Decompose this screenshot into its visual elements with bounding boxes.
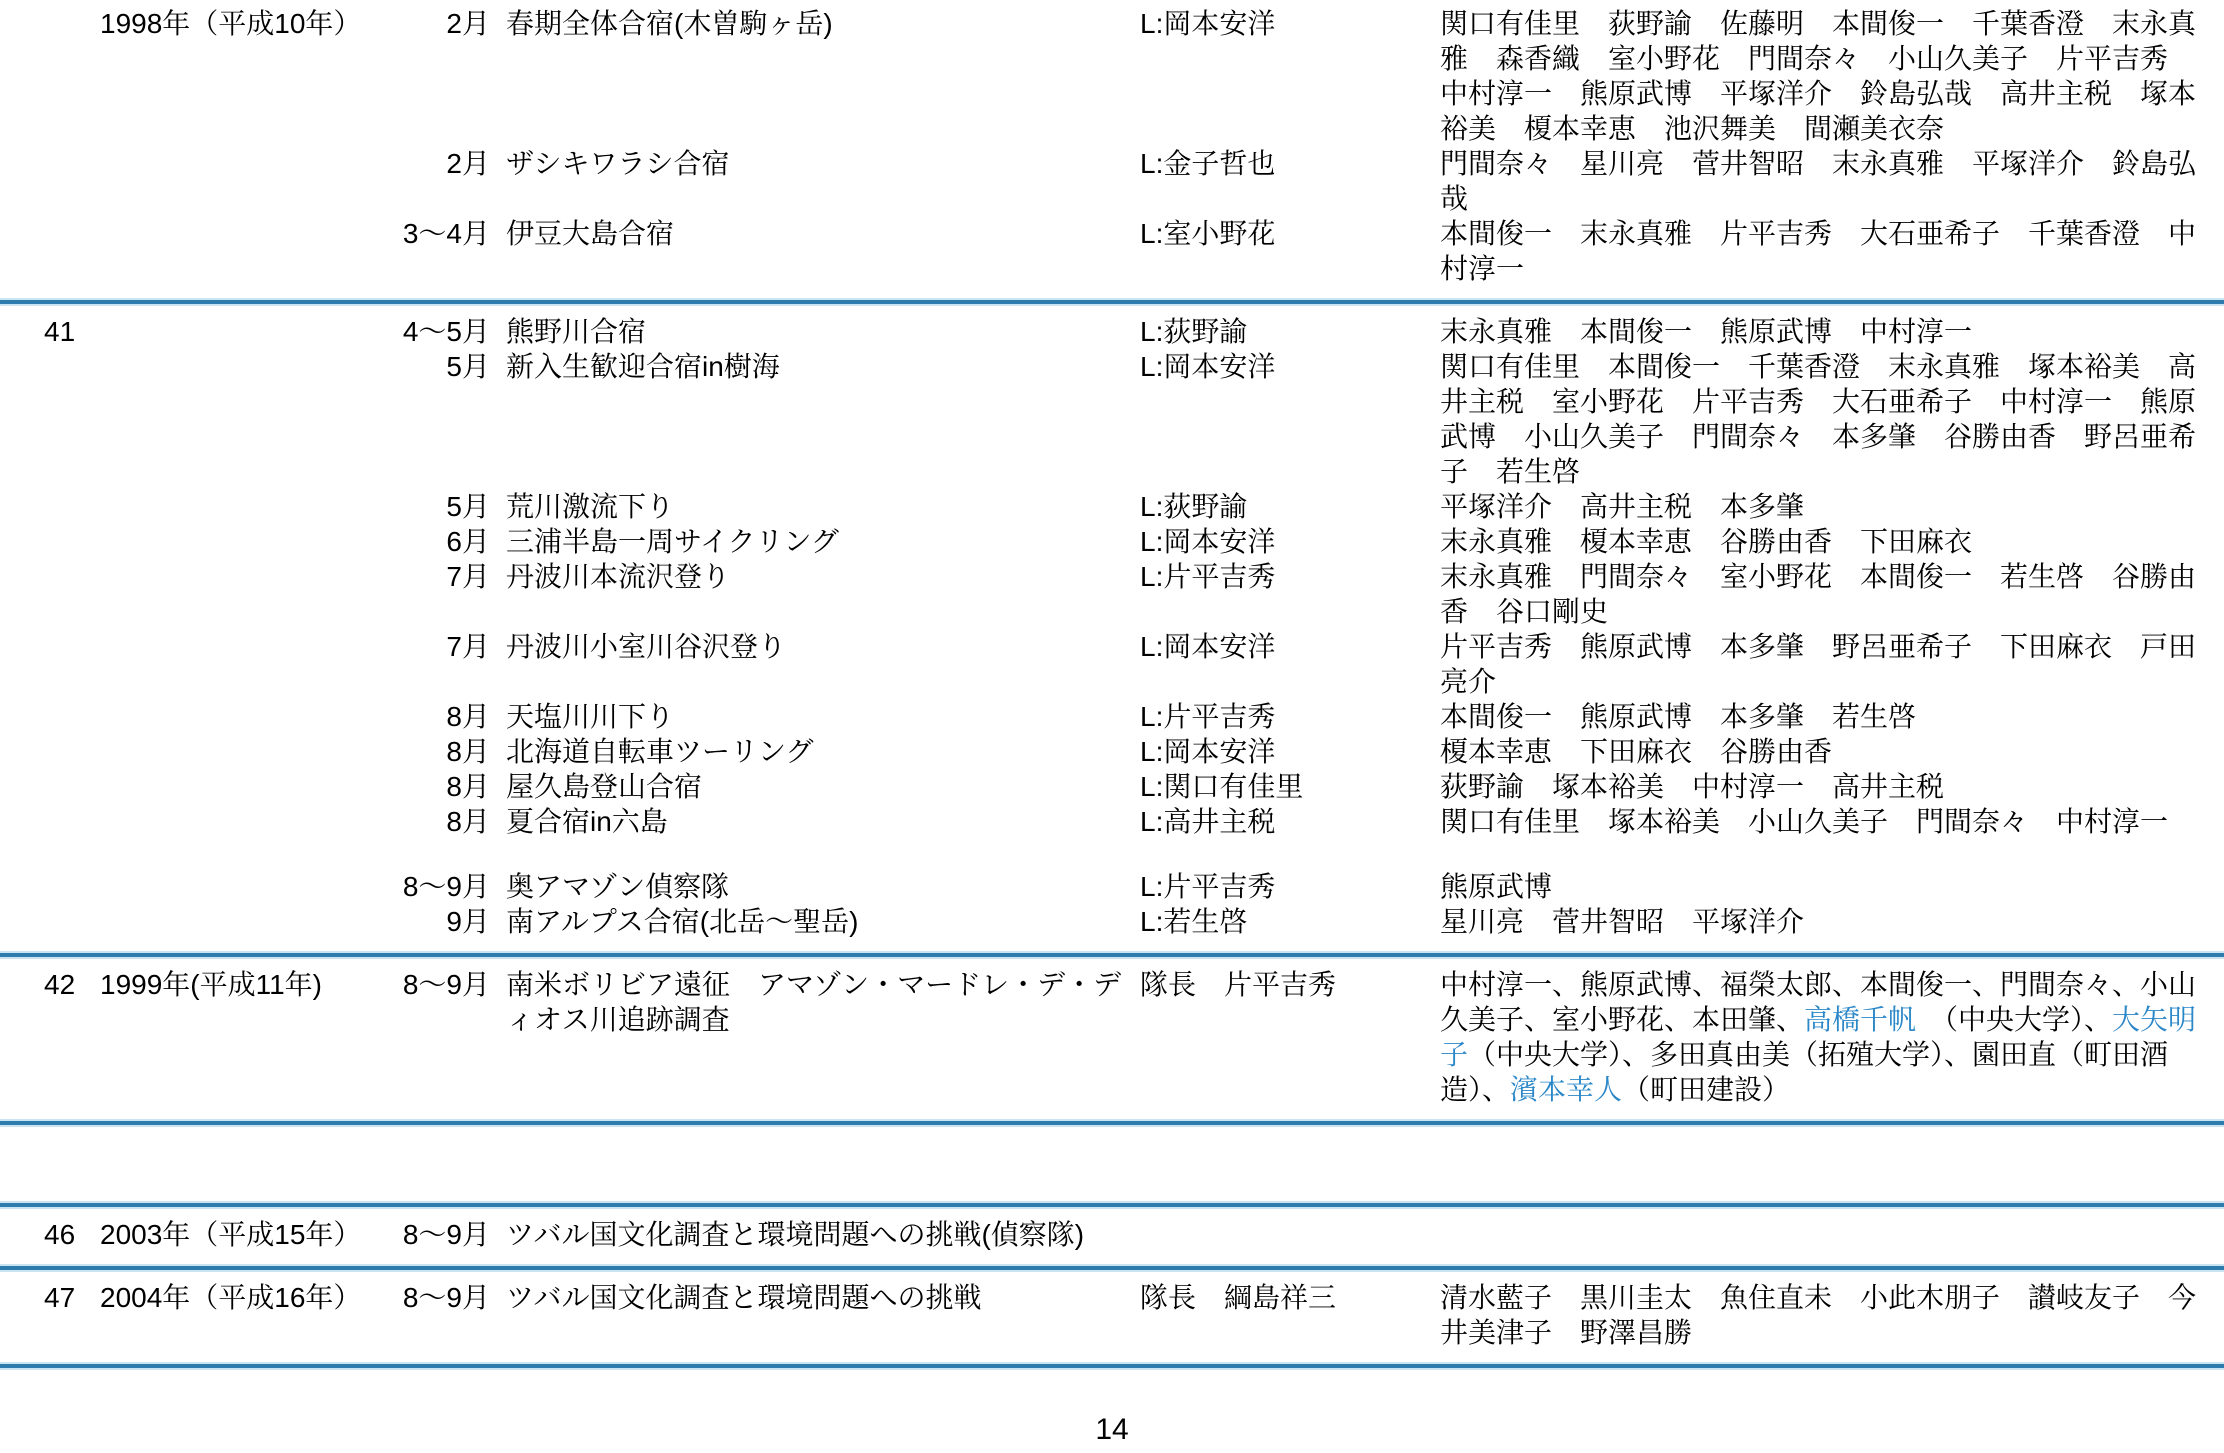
participants: 片平吉秀 熊原武博 本多肇 野呂亜希子 下田麻衣 戸田亮介 <box>1440 629 2224 699</box>
table-row: 9月南アルプス合宿(北岳～聖岳)L:若生啓星川亮 菅井智昭 平塚洋介 <box>0 904 2224 939</box>
document-table: 1998年（平成10年）2月春期全体合宿(木曽駒ヶ岳)L:岡本安洋関口有佳里 荻… <box>0 0 2224 1370</box>
month-label: 2月 <box>360 146 490 181</box>
participants: 榎本幸恵 下田麻衣 谷勝由香 <box>1440 734 2224 769</box>
month-label: 4～5月 <box>360 314 490 349</box>
row-number: 41 <box>0 314 100 349</box>
activity-label: 熊野川合宿 <box>490 314 1140 349</box>
month-label: 8月 <box>360 734 490 769</box>
table-row: 8月夏合宿in六島L:高井主税関口有佳里 塚本裕美 小山久美子 門間奈々 中村淳… <box>0 804 2224 839</box>
month-label: 8月 <box>360 769 490 804</box>
row-number: 46 <box>0 1217 100 1252</box>
participants: 関口有佳里 荻野諭 佐藤明 本間俊一 千葉香澄 末永真雅 森香織 室小野花 門間… <box>1440 6 2224 146</box>
participants: 末永真雅 門間奈々 室小野花 本間俊一 若生啓 谷勝由香 谷口剛史 <box>1440 559 2224 629</box>
participants: 本間俊一 熊原武博 本多肇 若生啓 <box>1440 699 2224 734</box>
participant-link[interactable]: 高橋千帆 <box>1804 1004 1916 1035</box>
divider-rule <box>0 1362 2224 1370</box>
table-row: 8～9月奥アマゾン偵察隊L:片平吉秀熊原武博 <box>0 869 2224 904</box>
leader-label: L:荻野諭 <box>1140 489 1440 524</box>
leader-label: 隊長 片平吉秀 <box>1140 967 1440 1002</box>
leader-label: L:片平吉秀 <box>1140 559 1440 594</box>
leader-label: 隊長 綱島祥三 <box>1140 1280 1440 1315</box>
participants: 熊原武博 <box>1440 869 2224 904</box>
activity-label: 春期全体合宿(木曽駒ヶ岳) <box>490 6 1140 41</box>
participants: 星川亮 菅井智昭 平塚洋介 <box>1440 904 2224 939</box>
month-label: 7月 <box>360 629 490 664</box>
empty-band <box>0 1127 2224 1201</box>
month-label: 8月 <box>360 804 490 839</box>
participants: 門間奈々 星川亮 菅井智昭 末永真雅 平塚洋介 鈴島弘哉 <box>1440 146 2224 216</box>
month-label: 8月 <box>360 699 490 734</box>
activity-label: 丹波川小室川谷沢登り <box>490 629 1140 664</box>
activity-label: 三浦半島一周サイクリング <box>490 524 1140 559</box>
table-row: 2月ザシキワラシ合宿L:金子哲也門間奈々 星川亮 菅井智昭 末永真雅 平塚洋介 … <box>0 146 2224 216</box>
leader-label: L:岡本安洋 <box>1140 734 1440 769</box>
month-label: 5月 <box>360 489 490 524</box>
activity-label: 荒川激流下り <box>490 489 1140 524</box>
divider-rule <box>0 1264 2224 1272</box>
table-row: 3～4月伊豆大島合宿L:室小野花本間俊一 末永真雅 片平吉秀 大石亜希子 千葉香… <box>0 216 2224 286</box>
year-label: 2003年（平成15年） <box>100 1217 360 1252</box>
activity-label: 伊豆大島合宿 <box>490 216 1140 251</box>
activity-label: 北海道自転車ツーリング <box>490 734 1140 769</box>
month-label: 8～9月 <box>360 869 490 904</box>
year-label: 2004年（平成16年） <box>100 1280 360 1315</box>
table-row: 7月丹波川小室川谷沢登りL:岡本安洋片平吉秀 熊原武博 本多肇 野呂亜希子 下田… <box>0 629 2224 699</box>
participant-text: （町田建設） <box>1622 1074 1790 1105</box>
participant-text: （中央大学）、 <box>1916 1004 2112 1035</box>
table-row: 1998年（平成10年）2月春期全体合宿(木曽駒ヶ岳)L:岡本安洋関口有佳里 荻… <box>0 6 2224 146</box>
year-section: 414～5月熊野川合宿L:荻野諭末永真雅 本間俊一 熊原武博 中村淳一5月新入生… <box>0 306 2224 951</box>
month-label: 8～9月 <box>360 1280 490 1315</box>
divider-rule <box>0 298 2224 306</box>
participants: 平塚洋介 高井主税 本多肇 <box>1440 489 2224 524</box>
month-label: 7月 <box>360 559 490 594</box>
table-row: 8月北海道自転車ツーリングL:岡本安洋榎本幸恵 下田麻衣 谷勝由香 <box>0 734 2224 769</box>
leader-label: L:岡本安洋 <box>1140 524 1440 559</box>
month-label: 8～9月 <box>360 967 490 1002</box>
month-label: 6月 <box>360 524 490 559</box>
leader-label: L:若生啓 <box>1140 904 1440 939</box>
activity-label: ザシキワラシ合宿 <box>490 146 1140 181</box>
activity-label: 奥アマゾン偵察隊 <box>490 869 1140 904</box>
month-label: 3～4月 <box>360 216 490 251</box>
table-row: 6月三浦半島一周サイクリングL:岡本安洋末永真雅 榎本幸恵 谷勝由香 下田麻衣 <box>0 524 2224 559</box>
activity-label: 新入生歓迎合宿in樹海 <box>490 349 1140 384</box>
leader-label: L:金子哲也 <box>1140 146 1440 181</box>
participants: 清水藍子 黒川圭太 魚住直未 小此木朋子 讃岐友子 今井美津子 野澤昌勝 <box>1440 1280 2224 1350</box>
month-label: 2月 <box>360 6 490 41</box>
participants: 関口有佳里 本間俊一 千葉香澄 末永真雅 塚本裕美 高井主税 室小野花 片平吉秀… <box>1440 349 2224 489</box>
table-row: 472004年（平成16年）8～9月ツバル国文化調査と環境問題への挑戦隊長 綱島… <box>0 1280 2224 1350</box>
table-row: 8月天塩川川下りL:片平吉秀本間俊一 熊原武博 本多肇 若生啓 <box>0 699 2224 734</box>
leader-label: L:岡本安洋 <box>1140 349 1440 384</box>
participants: 末永真雅 本間俊一 熊原武博 中村淳一 <box>1440 314 2224 349</box>
participant-link[interactable]: 濱本幸人 <box>1510 1074 1622 1105</box>
page-number: 14 <box>0 1412 2224 1447</box>
year-section: 462003年（平成15年）8～9月ツバル国文化調査と環境問題への挑戦(偵察隊) <box>0 1209 2224 1264</box>
leader-label: L:高井主税 <box>1140 804 1440 839</box>
table-row: 5月新入生歓迎合宿in樹海L:岡本安洋関口有佳里 本間俊一 千葉香澄 末永真雅 … <box>0 349 2224 489</box>
activity-label: ツバル国文化調査と環境問題への挑戦(偵察隊) <box>490 1217 1140 1252</box>
table-row: 462003年（平成15年）8～9月ツバル国文化調査と環境問題への挑戦(偵察隊) <box>0 1217 2224 1252</box>
participants: 荻野諭 塚本裕美 中村淳一 高井主税 <box>1440 769 2224 804</box>
activity-label: 屋久島登山合宿 <box>490 769 1140 804</box>
activity-label: 天塩川川下り <box>490 699 1140 734</box>
leader-label: L:岡本安洋 <box>1140 6 1440 41</box>
leader-label: L:室小野花 <box>1140 216 1440 251</box>
month-label: 8～9月 <box>360 1217 490 1252</box>
table-row: 8月屋久島登山合宿L:関口有佳里荻野諭 塚本裕美 中村淳一 高井主税 <box>0 769 2224 804</box>
activity-label: 夏合宿in六島 <box>490 804 1140 839</box>
year-section: 421999年(平成11年)8～9月南米ボリビア遠征 アマゾン・マードレ・デ・デ… <box>0 959 2224 1119</box>
leader-label: L:関口有佳里 <box>1140 769 1440 804</box>
row-number: 47 <box>0 1280 100 1315</box>
divider-rule <box>0 951 2224 959</box>
divider-rule <box>0 1201 2224 1209</box>
year-section: 1998年（平成10年）2月春期全体合宿(木曽駒ヶ岳)L:岡本安洋関口有佳里 荻… <box>0 0 2224 298</box>
activity-label: 丹波川本流沢登り <box>490 559 1140 594</box>
participants: 関口有佳里 塚本裕美 小山久美子 門間奈々 中村淳一 <box>1440 804 2224 839</box>
leader-label: L:荻野諭 <box>1140 314 1440 349</box>
month-label: 5月 <box>360 349 490 384</box>
month-label: 9月 <box>360 904 490 939</box>
participants: 末永真雅 榎本幸恵 谷勝由香 下田麻衣 <box>1440 524 2224 559</box>
year-section: 472004年（平成16年）8～9月ツバル国文化調査と環境問題への挑戦隊長 綱島… <box>0 1272 2224 1362</box>
divider-rule <box>0 1119 2224 1127</box>
leader-label: L:片平吉秀 <box>1140 869 1440 904</box>
participants: 本間俊一 末永真雅 片平吉秀 大石亜希子 千葉香澄 中村淳一 <box>1440 216 2224 286</box>
participants: 中村淳一、熊原武博、福榮太郎、本間俊一、門間奈々、小山久美子、室小野花、本田肇、… <box>1440 967 2224 1107</box>
leader-label: L:岡本安洋 <box>1140 629 1440 664</box>
leader-label: L:片平吉秀 <box>1140 699 1440 734</box>
activity-label: 南米ボリビア遠征 アマゾン・マードレ・デ・ディオス川追跡調査 <box>490 967 1140 1037</box>
year-label: 1999年(平成11年) <box>100 967 360 1002</box>
row-number: 42 <box>0 967 100 1002</box>
year-label: 1998年（平成10年） <box>100 6 360 41</box>
table-row: 7月丹波川本流沢登りL:片平吉秀末永真雅 門間奈々 室小野花 本間俊一 若生啓 … <box>0 559 2224 629</box>
table-row: 5月荒川激流下りL:荻野諭平塚洋介 高井主税 本多肇 <box>0 489 2224 524</box>
document-page: 1998年（平成10年）2月春期全体合宿(木曽駒ヶ岳)L:岡本安洋関口有佳里 荻… <box>0 0 2224 1453</box>
activity-label: ツバル国文化調査と環境問題への挑戦 <box>490 1280 1140 1315</box>
activity-label: 南アルプス合宿(北岳～聖岳) <box>490 904 1140 939</box>
table-row: 414～5月熊野川合宿L:荻野諭末永真雅 本間俊一 熊原武博 中村淳一 <box>0 314 2224 349</box>
table-row: 421999年(平成11年)8～9月南米ボリビア遠征 アマゾン・マードレ・デ・デ… <box>0 967 2224 1107</box>
